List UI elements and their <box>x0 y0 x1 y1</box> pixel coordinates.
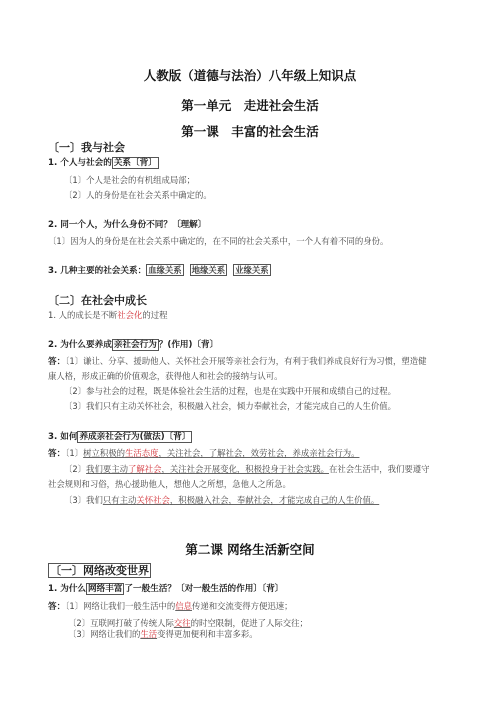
highlight-keyword: 交往 <box>174 618 191 628</box>
document-title: 人教版（道德与法治）八年级上知识点 <box>0 66 500 84</box>
answer-line: 答：〔1〕网络让我们一般生活中的信息传递和交流变得方便迅速； <box>48 600 292 612</box>
boxed-keyword: 养成亲社会行为(做法)〔背〕 <box>77 431 192 443</box>
answer-line: 〔3〕网络让我们的生活变得更加便利和丰富多彩。 <box>68 628 258 640</box>
answer-line: 康人格，形成正确的价值观念，获得他人和社会的接纳与认可。 <box>48 370 283 382</box>
text: 〔1〕网络让我们一般生活中的 <box>65 601 175 611</box>
list-item: 〔1〕因为人的身份是在社会关系中确定的，在不同的社会关系中，一个人有着不同的身份… <box>48 235 388 247</box>
boxed-keyword: 网络丰富 <box>86 583 124 595</box>
boxed-keyword: 地缘关系 <box>190 264 228 276</box>
answer-line: 答：〔1〕树立积极的生活态度，关注社会，了解社会，效劳社会，养成亲社会行为。 <box>48 447 359 459</box>
question-1: 1. 为什么网络丰富了一般生活？〔对一般生活的作用〕〔背〕 <box>48 582 283 594</box>
question-text: 2. 为什么要养成 <box>48 340 112 350</box>
section-heading: 〔一〕网络改变世界 <box>48 562 151 578</box>
text: 〔3〕 <box>64 495 86 505</box>
lesson2-title: 第二课 网络生活新空间 <box>0 540 500 558</box>
boxed-keyword: 关系〔背〕 <box>112 157 159 169</box>
question-text: 3. 几种主要的社会关系： <box>48 266 146 276</box>
text: 的时空限制，促进了人际交往； <box>191 618 308 628</box>
answer-line: 〔3〕我们只有主动关怀社会，积极融入社会，奉献社会，才能完成自己的人生价值。 <box>64 494 379 506</box>
boxed-keyword: 业缘关系 <box>233 264 271 276</box>
question-1: 1. 人的成长是不断社会化的过程 <box>48 309 168 321</box>
highlight-keyword: 信息 <box>175 601 192 611</box>
text: 我们 <box>86 495 103 505</box>
text: 我们要主动 <box>86 464 128 474</box>
unit-title: 第一单元 走进社会生活 <box>0 96 500 114</box>
highlight-keyword: 关怀社会 <box>136 495 170 505</box>
text: 只有主动 <box>103 495 137 505</box>
text: ，关注社会开展变化，积极投身于社会实践。 <box>161 464 329 474</box>
highlight-keyword: 生活 <box>140 629 157 639</box>
question-2: 2. 为什么要养成亲社会行为？(作用)〔背〕 <box>48 338 218 350</box>
highlight-keyword: 社会化 <box>117 310 142 320</box>
text: 在社会生活中，我们要遵守 <box>329 464 430 474</box>
text: ，积极融入社会，奉献社会，才能完成自己的人生价值。 <box>170 495 379 505</box>
question-3: 3. 如何养成亲社会行为(做法)〔背〕 <box>48 430 192 442</box>
section-heading: 〔一〕我与社会 <box>48 139 125 155</box>
section-heading: 〔二〕在社会中成长 <box>48 292 147 308</box>
text: 1. 人的成长是不断 <box>48 310 117 320</box>
text: 〔2〕互联网打破了传统人际 <box>68 618 174 628</box>
highlight-keyword: 生活态度 <box>125 448 159 458</box>
text: 〔1〕 <box>65 448 83 458</box>
question-1: 1. 个人与社会的关系〔背〕 <box>48 156 159 168</box>
question-text: ？(作用)〔背〕 <box>159 340 218 350</box>
boxed-keyword: 亲社会行为 <box>112 339 159 351</box>
question-text: 3. 如何 <box>48 432 77 442</box>
answer-line: 〔2〕参与社会的过程，既是体验社会生活的过程，也是在实践中开展和成绩自己的过程。 <box>64 385 396 397</box>
list-item: 〔1〕个人是社会的有机组成局部； <box>64 174 195 186</box>
boxed-heading: 〔一〕网络改变世界 <box>48 563 151 578</box>
text: 〔3〕网络让我们的 <box>68 629 140 639</box>
lesson1-title: 第一课 丰富的社会生活 <box>0 122 500 140</box>
answer-line: 〔2〕我们要主动了解社会，关注社会开展变化，积极投身于社会实践。在社会生活中，我… <box>64 463 429 475</box>
text: 的过程 <box>142 310 167 320</box>
answer-label: 答： <box>48 449 65 459</box>
question-text: 1. 个人与社会的 <box>48 158 112 168</box>
highlight-keyword: 了解社会 <box>128 464 162 474</box>
question-text: 了一般生活？〔对一般生活的作用〕〔背〕 <box>124 584 283 594</box>
answer-line: 社会规则和习俗，热心援助他人，想他人之所想，急他人之所急。 <box>48 478 291 490</box>
question-text: 1. 为什么 <box>48 584 86 594</box>
text: 树立积极的 <box>83 448 125 458</box>
question-2: 2. 同一个人，为什么身份不同？〔理解〕 <box>48 218 206 230</box>
answer-line: 答：〔1〕谦让、分享、援助他人、关怀社会开展等亲社会行为，有利于我们养成良好行为… <box>48 355 426 367</box>
text: 〔2〕 <box>64 464 86 474</box>
text: 变得更加便利和丰富多彩。 <box>157 629 258 639</box>
text: ，关注社会，了解社会，效劳社会，养成亲社会行为。 <box>158 448 359 458</box>
answer-label: 答： <box>48 357 65 367</box>
answer-label: 答： <box>48 602 65 612</box>
list-item: 〔2〕人的身份是在社会关系中确定的。 <box>64 189 212 201</box>
question-3: 3. 几种主要的社会关系：血缘关系 地缘关系 业缘关系 <box>48 264 271 276</box>
text: 〔1〕谦让、分享、援助他人、关怀社会开展等亲社会行为，有利于我们养成良好行为习惯… <box>65 356 426 366</box>
text: 传递和交流变得方便迅速； <box>192 601 293 611</box>
boxed-keyword: 血缘关系 <box>146 264 184 276</box>
answer-line: 〔3〕我们只有主动关怀社会，积极融入社会，倾力奉献社会，才能完成自己的人生价值。 <box>64 400 396 412</box>
